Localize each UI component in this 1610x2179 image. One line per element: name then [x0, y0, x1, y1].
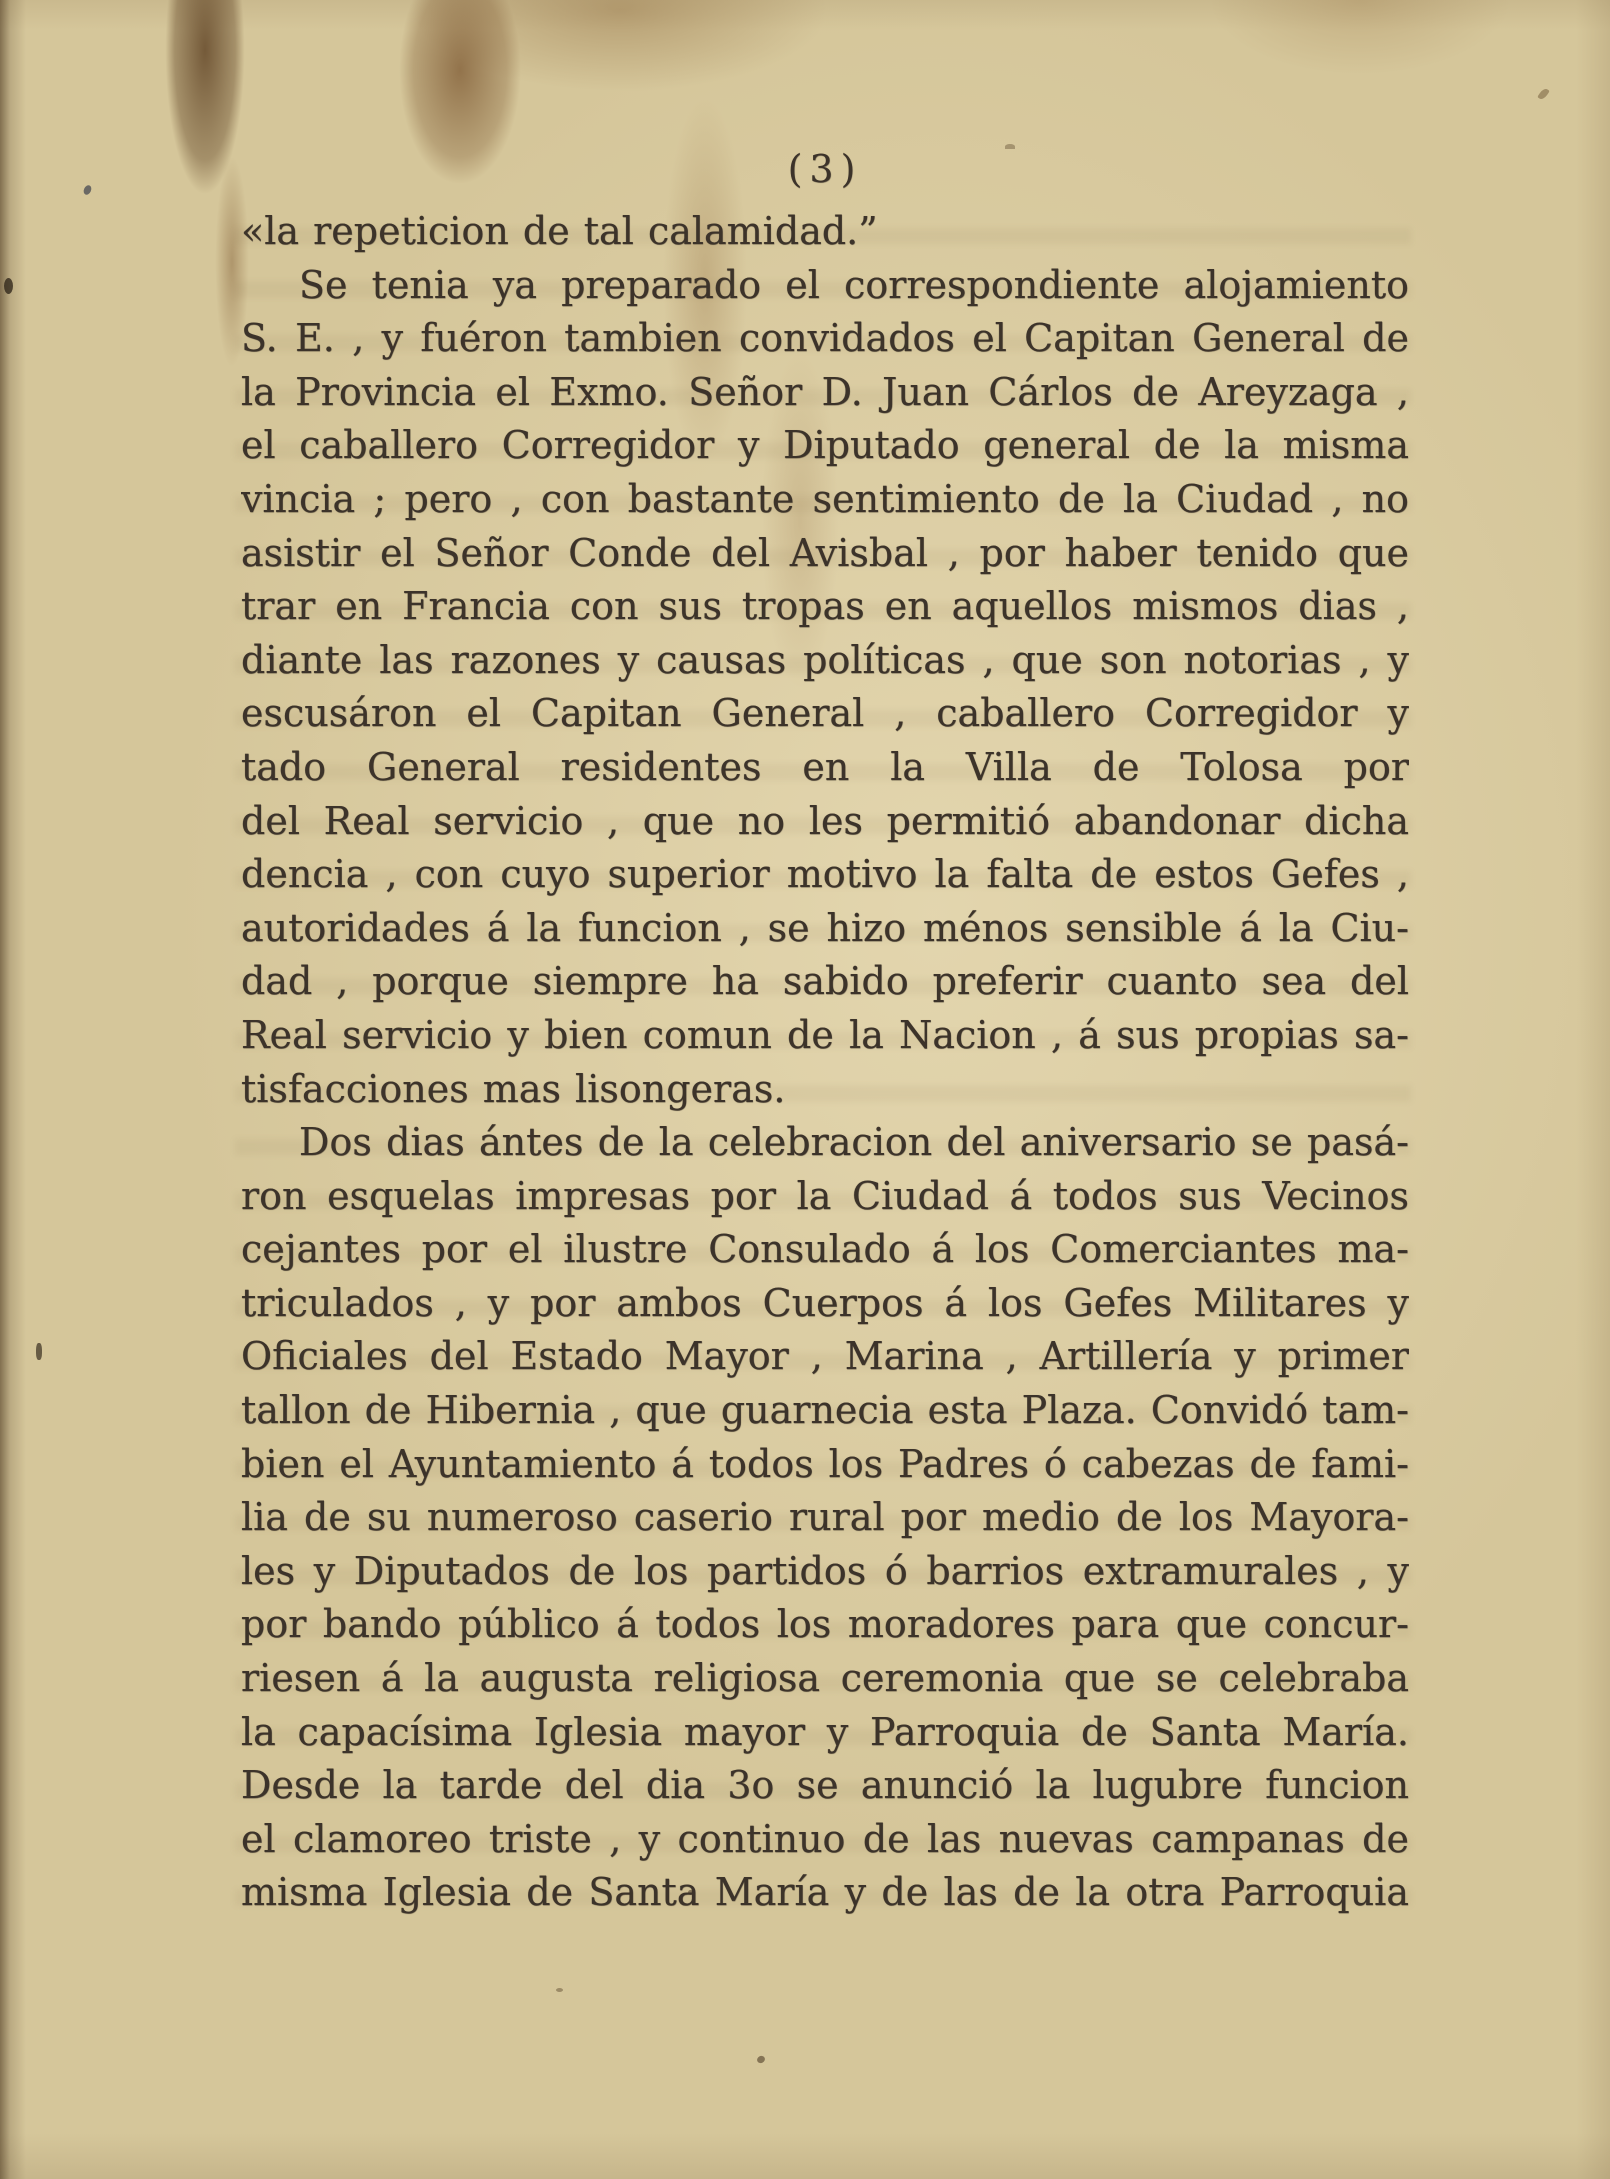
text-line: vincia ; pero , con bastante sentimiento…: [241, 473, 1409, 527]
text-line: Se tenia ya preparado el correspondiente…: [241, 259, 1409, 313]
text-line: tisfacciones mas lisongeras.: [241, 1063, 1409, 1117]
text-line: triculados , y por ambos Cuerpos á los G…: [241, 1277, 1409, 1331]
text-line: bien el Ayuntamiento á todos los Padres …: [241, 1438, 1409, 1492]
ink-speck: [1537, 87, 1550, 101]
text-line: misma Iglesia de Santa María y de las de…: [241, 1866, 1409, 1920]
text-line: tallon de Hibernia , que guarnecia esta …: [241, 1384, 1409, 1438]
text-line: por bando público á todos los moradores …: [241, 1598, 1409, 1652]
text-line: Oficiales del Estado Mayor , Marina , Ar…: [241, 1330, 1409, 1384]
ink-speck: [756, 2054, 766, 2064]
text-line: diante las razones y causas políticas , …: [241, 634, 1409, 688]
text-line: cejantes por el ilustre Consulado á los …: [241, 1223, 1409, 1277]
text-line: Desde la tarde del dia 3o se anunció la …: [241, 1759, 1409, 1813]
text-line: les y Diputados de los partidos ó barrio…: [241, 1545, 1409, 1599]
text-line: la Provincia el Exmo. Señor D. Juan Cárl…: [241, 366, 1409, 420]
ink-speck: [82, 184, 93, 196]
scanned-book-page: (3) «la repeticion de tal calamidad.” Se…: [0, 0, 1610, 2179]
ink-speck: [36, 1343, 42, 1360]
text-line: tado General residentes en la Villa de T…: [241, 741, 1409, 795]
text-line: S. E. , y fuéron tambien convidados el C…: [241, 312, 1409, 366]
text-line: Dos dias ántes de la celebracion del ani…: [241, 1116, 1409, 1170]
text-line: dad , porque siempre ha sabido preferir …: [241, 955, 1409, 1009]
text-line: riesen á la augusta religiosa ceremonia …: [241, 1652, 1409, 1706]
text-line: asistir el Señor Conde del Avisbal , por…: [241, 527, 1409, 581]
text-line: Real servicio y bien comun de la Nacion …: [241, 1009, 1409, 1063]
text-line: autoridades á la funcion , se hizo ménos…: [241, 902, 1409, 956]
text-line: lia de su numeroso caserio rural por med…: [241, 1491, 1409, 1545]
text-line: ron esquelas impresas por la Ciudad á to…: [241, 1170, 1409, 1224]
text-line: escusáron el Capitan General , caballero…: [241, 687, 1409, 741]
ink-speck: [4, 278, 13, 294]
text-line: el clamoreo triste , y continuo de las n…: [241, 1813, 1409, 1867]
text-line: trar en Francia con sus tropas en aquell…: [241, 580, 1409, 634]
page-text: «la repeticion de tal calamidad.” Se ten…: [241, 205, 1409, 1920]
text-line: la capacísima Iglesia mayor y Parroquia …: [241, 1706, 1409, 1760]
text-line: del Real servicio , que no les permitió …: [241, 795, 1409, 849]
text-line: el caballero Corregidor y Diputado gener…: [241, 419, 1409, 473]
text-line: dencia , con cuyo superior motivo la fal…: [241, 848, 1409, 902]
ink-speck: [556, 1988, 563, 1992]
page-number: (3): [241, 147, 1409, 191]
text-line: «la repeticion de tal calamidad.”: [241, 205, 1409, 259]
